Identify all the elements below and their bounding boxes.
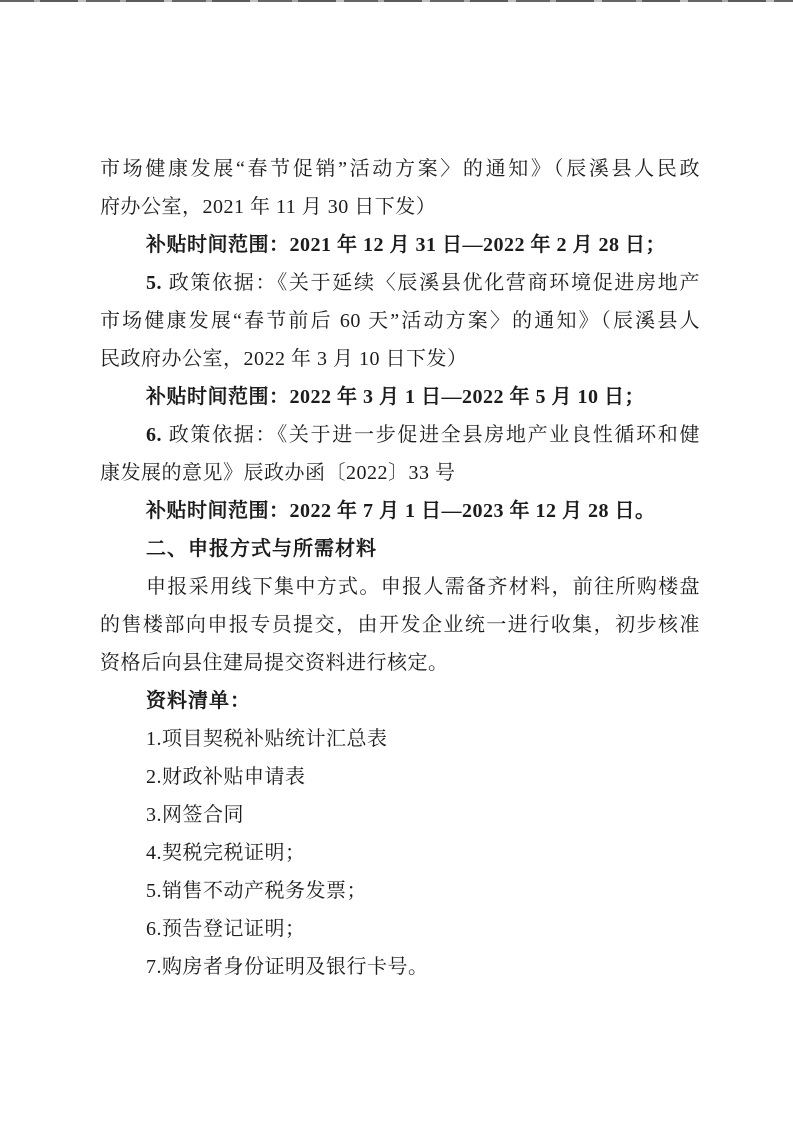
text-segment: 市场健康发展“春节前后 60 天”活动方案〉的通知》（辰溪县人 (100, 310, 700, 332)
text-segment: 民政府办公室，2022 年 3 月 10 日下发） (100, 348, 468, 370)
text-segment: 府办公室，2021 年 11 月 30 日下发） (100, 196, 436, 218)
text-segment: 6.预告登记证明； (146, 918, 306, 940)
text-segment: 的售楼部向申报专员提交，由开发企业统一进行收集，初步核准 (100, 614, 700, 636)
document-body: 市场健康发展“春节促销”活动方案〉的通知》（辰溪县人民政府办公室，2021 年 … (100, 150, 700, 986)
text-segment: 补贴时间范围：2022 年 7 月 1 日—2023 年 12 月 28 日。 (146, 500, 656, 522)
materials-list-item-6: 6.预告登记证明； (100, 910, 700, 948)
document-page: 市场健康发展“春节促销”活动方案〉的通知》（辰溪县人民政府办公室，2021 年 … (0, 0, 793, 1122)
materials-list-item-2: 2.财政补贴申请表 (100, 758, 700, 796)
subsidy-period-line: 补贴时间范围：2021 年 12 月 31 日—2022 年 2 月 28 日； (100, 226, 700, 264)
paragraph-line: 的售楼部向申报专员提交，由开发企业统一进行收集，初步核准 (100, 606, 700, 644)
text-segment: 二、申报方式与所需材料 (146, 538, 377, 560)
issuing-office-line: 民政府办公室，2022 年 3 月 10 日下发） (100, 340, 700, 378)
paragraph-line: 申报采用线下集中方式。申报人需备齐材料，前往所购楼盘 (100, 568, 700, 606)
materials-list-header: 资料清单： (100, 682, 700, 720)
text-segment: 3.网签合同 (146, 804, 244, 826)
section-heading-2: 二、申报方式与所需材料 (100, 530, 700, 568)
text-segment: 补贴时间范围：2022 年 3 月 1 日—2022 年 5 月 10 日； (146, 386, 645, 408)
policy-basis-continuation: 康发展的意见》辰政办函〔2022〕33 号 (100, 454, 700, 492)
subsidy-period-line: 补贴时间范围：2022 年 3 月 1 日—2022 年 5 月 10 日； (100, 378, 700, 416)
subsidy-period-line: 补贴时间范围：2022 年 7 月 1 日—2023 年 12 月 28 日。 (100, 492, 700, 530)
text-segment: 政策依据：《关于进一步促进全县房地产业良性循环和健 (169, 424, 700, 446)
policy-basis-continuation: 市场健康发展“春节前后 60 天”活动方案〉的通知》（辰溪县人 (100, 302, 700, 340)
issuing-office-line: 府办公室，2021 年 11 月 30 日下发） (100, 188, 700, 226)
text-segment: 资格后向县住建局提交资料进行核定。 (100, 652, 449, 674)
policy-basis-item-5: 5. 政策依据：《关于延续〈辰溪县优化营商环境促进房地产 (100, 264, 700, 302)
text-segment: 康发展的意见》辰政办函〔2022〕33 号 (100, 462, 456, 484)
materials-list-item-4: 4.契税完税证明； (100, 834, 700, 872)
materials-list-item-1: 1.项目契税补贴统计汇总表 (100, 720, 700, 758)
policy-basis-item-6: 6. 政策依据：《关于进一步促进全县房地产业良性循环和健 (100, 416, 700, 454)
materials-list-item-5: 5.销售不动产税务发票； (100, 872, 700, 910)
text-segment: 政策依据：《关于延续〈辰溪县优化营商环境促进房地产 (169, 272, 700, 294)
text-segment: 申报采用线下集中方式。申报人需备齐材料，前往所购楼盘 (146, 576, 700, 598)
text-segment: 7.购房者身份证明及银行卡号。 (146, 956, 429, 978)
text-segment: 5. (146, 272, 169, 294)
paragraph-line: 资格后向县住建局提交资料进行核定。 (100, 644, 700, 682)
materials-list-item-7: 7.购房者身份证明及银行卡号。 (100, 948, 700, 986)
text-segment: 5.销售不动产税务发票； (146, 880, 367, 902)
notice-title-continuation: 市场健康发展“春节促销”活动方案〉的通知》（辰溪县人民政 (100, 150, 700, 188)
text-segment: 资料清单： (146, 690, 251, 712)
materials-list-item-3: 3.网签合同 (100, 796, 700, 834)
text-segment: 2.财政补贴申请表 (146, 766, 306, 788)
text-segment: 市场健康发展“春节促销”活动方案〉的通知》（辰溪县人民政 (100, 158, 700, 180)
text-segment: 补贴时间范围：2021 年 12 月 31 日—2022 年 2 月 28 日； (146, 234, 666, 256)
scan-artifact-top-line (0, 0, 793, 2)
text-segment: 1.项目契税补贴统计汇总表 (146, 728, 388, 750)
text-segment: 4.契税完税证明； (146, 842, 306, 864)
text-segment: 6. (146, 424, 169, 446)
